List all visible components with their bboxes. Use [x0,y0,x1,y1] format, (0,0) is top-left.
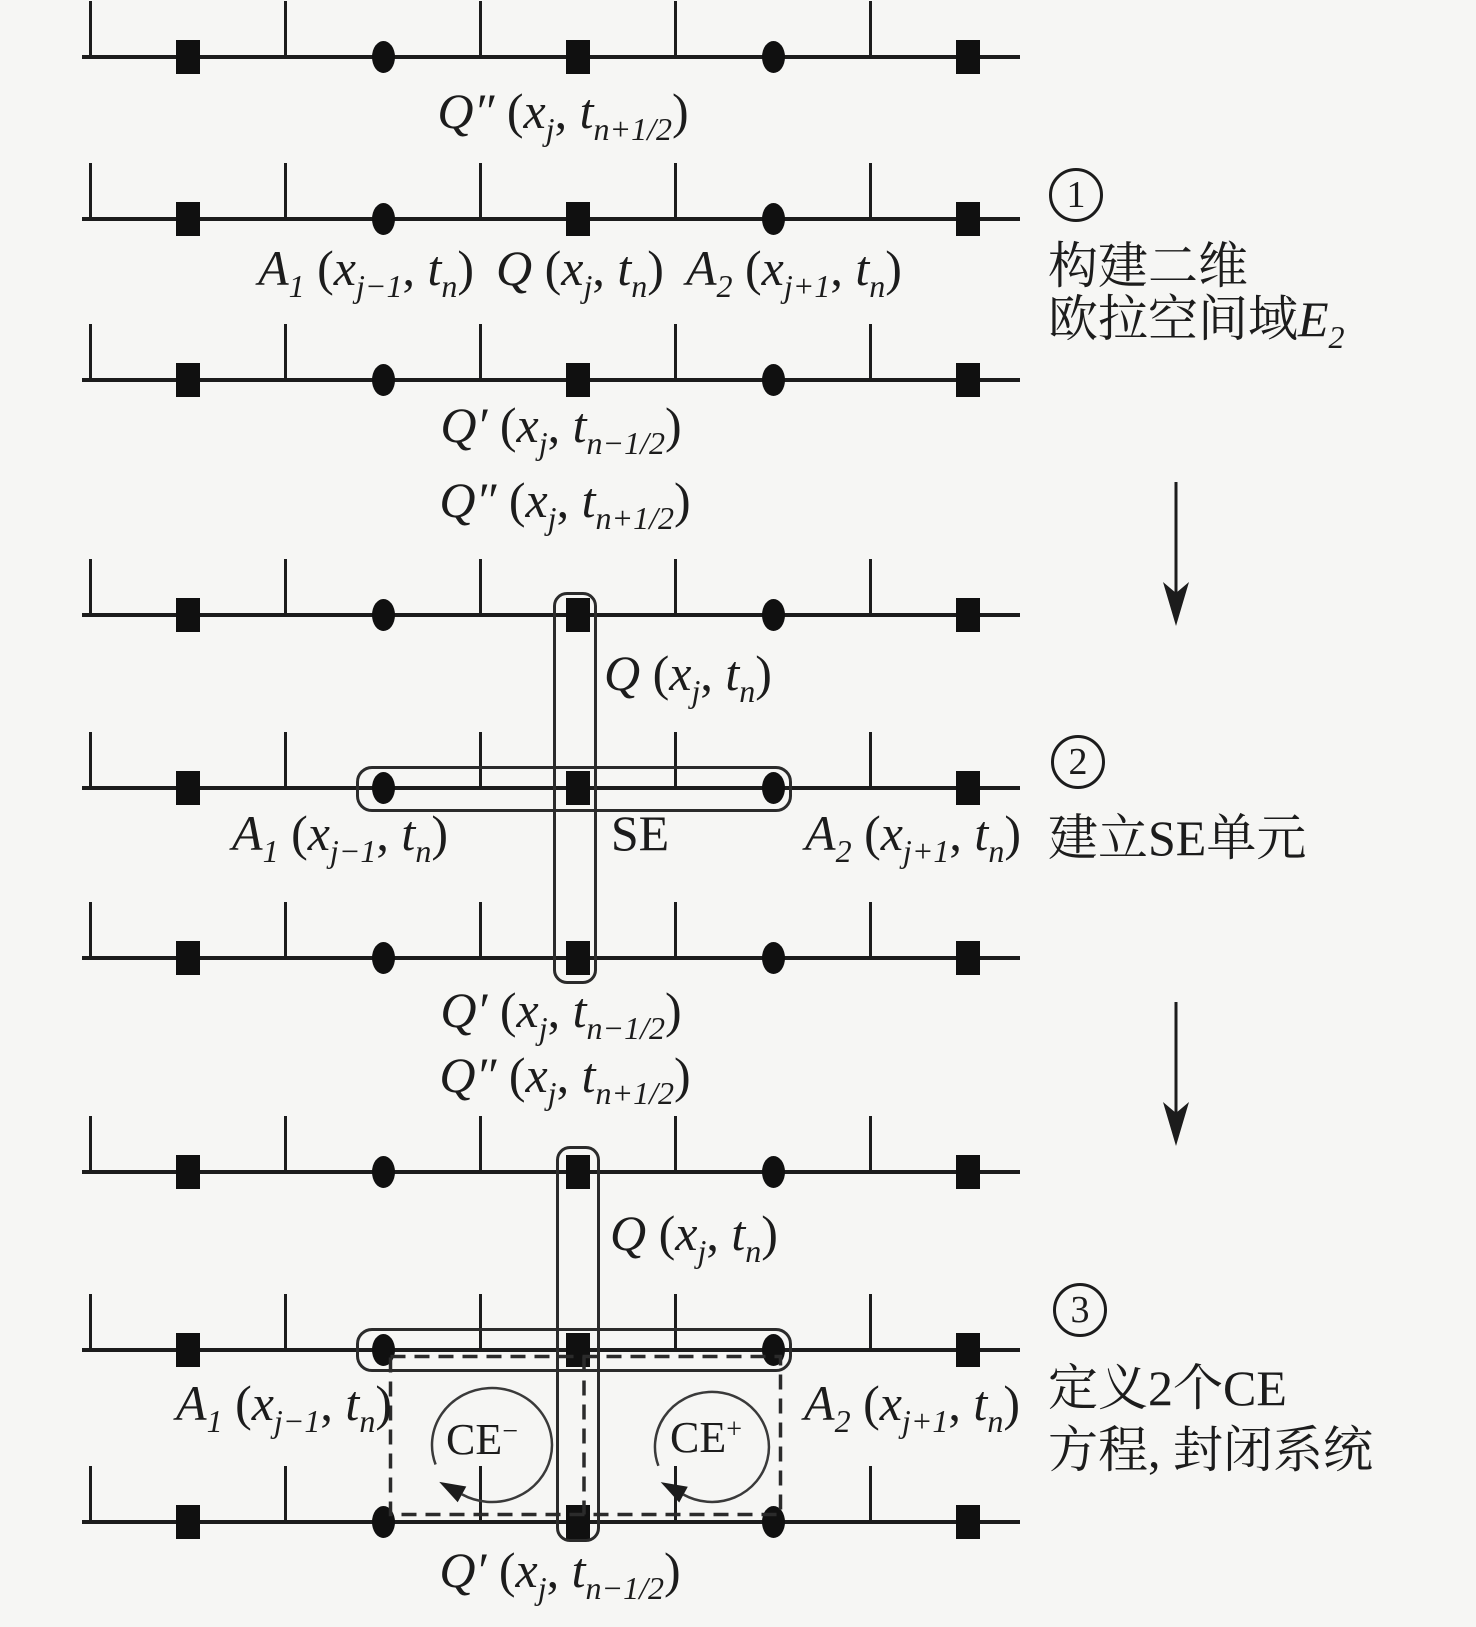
cell-boundary-tick-mark [479,902,482,958]
cell-boundary-tick-mark [89,163,92,219]
cell-boundary-tick-mark [674,1,677,57]
square-node-icon [176,598,200,632]
time-level-line [82,956,1020,960]
circle-node-icon [762,942,785,974]
circle-node-icon [762,203,785,235]
cell-boundary-tick-mark [674,163,677,219]
cell-boundary-tick-mark [869,732,872,788]
cell-boundary-tick-mark [89,902,92,958]
cell-boundary-tick-mark [284,1116,287,1172]
circle-node-icon [762,41,785,73]
step-3-badge: 3 [1053,1283,1107,1337]
cell-boundary-tick-mark [89,1,92,57]
square-node-icon [176,202,200,236]
ce-se-method-diagram: Q″ (xj, tn+1/2) A1 (xj−1, tn) Q (xj, tn)… [0,0,1476,1627]
label-a2-p1: A2 (xj+1, tn) [686,241,902,296]
label-q-prime-p2: Q′ (xj, tn−1/2) [440,983,681,1038]
square-node-icon [566,202,590,236]
square-node-icon [956,1505,980,1539]
step-2-text-line1: 建立SE单元 [1048,798,1306,870]
label-q-second-p3: Q″ (xj, tn+1/2) [439,1048,690,1103]
cell-boundary-tick-mark [479,324,482,380]
cell-boundary-tick-mark [869,324,872,380]
square-node-icon [176,1333,200,1367]
square-node-icon [956,202,980,236]
cell-boundary-tick-mark [869,1,872,57]
label-q-p2: Q (xj, tn) [604,646,772,701]
cell-boundary-tick-mark [674,1116,677,1172]
label-q-prime-p3: Q′ (xj, tn−1/2) [439,1543,680,1598]
label-a2-p2: A2 (xj+1, tn) [805,806,1021,861]
label-q-prime-p1: Q′ (xj, tn−1/2) [440,398,681,453]
square-node-icon [956,771,980,805]
cell-boundary-tick-mark [284,163,287,219]
cell-boundary-tick-mark [284,732,287,788]
square-node-icon [566,363,590,397]
cell-boundary-tick-mark [89,1466,92,1522]
cell-boundary-tick-mark [479,163,482,219]
circle-node-icon [372,41,395,73]
label-q-second-p2: Q″ (xj, tn+1/2) [439,473,690,528]
square-node-icon [176,941,200,975]
label-q-p1: Q (xj, tn) [496,241,664,296]
square-node-icon [956,1155,980,1189]
cell-boundary-tick-mark [674,902,677,958]
label-ce-minus: CE− [446,1416,518,1464]
circle-node-icon [372,364,395,396]
square-node-icon [956,363,980,397]
label-q-second-p1: Q″ (xj, tn+1/2) [437,84,688,139]
cell-boundary-tick-mark [674,559,677,615]
cell-boundary-tick-mark [284,559,287,615]
cell-boundary-tick-mark [479,1,482,57]
label-ce-plus: CE+ [670,1414,742,1462]
square-node-icon [566,40,590,74]
label-a1-p1: A1 (xj−1, tn) [258,241,474,296]
label-se-p2: SE [611,806,669,861]
cell-boundary-tick-mark [869,559,872,615]
label-a1-p3: A1 (xj−1, tn) [176,1376,392,1431]
cell-boundary-tick-mark [479,559,482,615]
label-a1-p2: A1 (xj−1, tn) [232,806,448,861]
cell-boundary-tick-mark [89,1294,92,1350]
circle-node-icon [762,364,785,396]
ce-minus-arrowhead-icon [439,1482,466,1502]
cell-boundary-tick-mark [869,1116,872,1172]
cell-boundary-tick-mark [869,1466,872,1522]
circle-node-icon [372,203,395,235]
time-level-line [82,55,1020,59]
label-q-p3: Q (xj, tn) [610,1206,778,1261]
time-level-line [82,613,1020,617]
cell-boundary-tick-mark [674,324,677,380]
square-node-icon [176,771,200,805]
time-level-line [82,378,1020,382]
cell-boundary-tick-mark [284,902,287,958]
square-node-icon [176,363,200,397]
square-node-icon [956,40,980,74]
step-2-badge: 2 [1051,735,1105,789]
square-node-icon [956,1333,980,1367]
square-node-icon [176,1505,200,1539]
cell-boundary-tick-mark [89,559,92,615]
cell-boundary-tick-mark [869,1294,872,1350]
ce-plus-arrowhead-icon [661,1482,688,1502]
square-node-icon [956,598,980,632]
cell-boundary-tick-mark [89,324,92,380]
cell-boundary-tick-mark [869,902,872,958]
cell-boundary-tick-mark [284,1294,287,1350]
cell-boundary-tick-mark [479,1116,482,1172]
label-a2-p3: A2 (xj+1, tn) [804,1376,1020,1431]
cell-boundary-tick-mark [284,1,287,57]
circle-node-icon [372,942,395,974]
cell-boundary-tick-mark [284,324,287,380]
square-node-icon [176,40,200,74]
circle-node-icon [762,599,785,631]
time-level-line [82,217,1020,221]
step-1-text-line1: 构建二维 [1048,226,1248,298]
down-arrow-icon-step2-3 [1146,998,1206,1150]
step-3-text-line2: 方程, 封闭系统 [1048,1410,1373,1482]
down-arrow-icon-step1-2 [1146,478,1206,630]
square-node-icon [176,1155,200,1189]
cell-boundary-tick-mark [284,1466,287,1522]
time-level-line [82,1170,1020,1174]
circle-node-icon [762,1156,785,1188]
label-row-p1: A1 (xj−1, tn) Q (xj, tn) A2 (xj+1, tn) [258,241,902,296]
cell-boundary-tick-mark [869,163,872,219]
step-1-text-line2: 欧拉空间域E2 [1048,292,1345,347]
circle-node-icon [372,1156,395,1188]
cell-boundary-tick-mark [89,1116,92,1172]
square-node-icon [956,941,980,975]
circle-node-icon [372,599,395,631]
step-1-badge: 1 [1049,168,1103,222]
cell-boundary-tick-mark [89,732,92,788]
